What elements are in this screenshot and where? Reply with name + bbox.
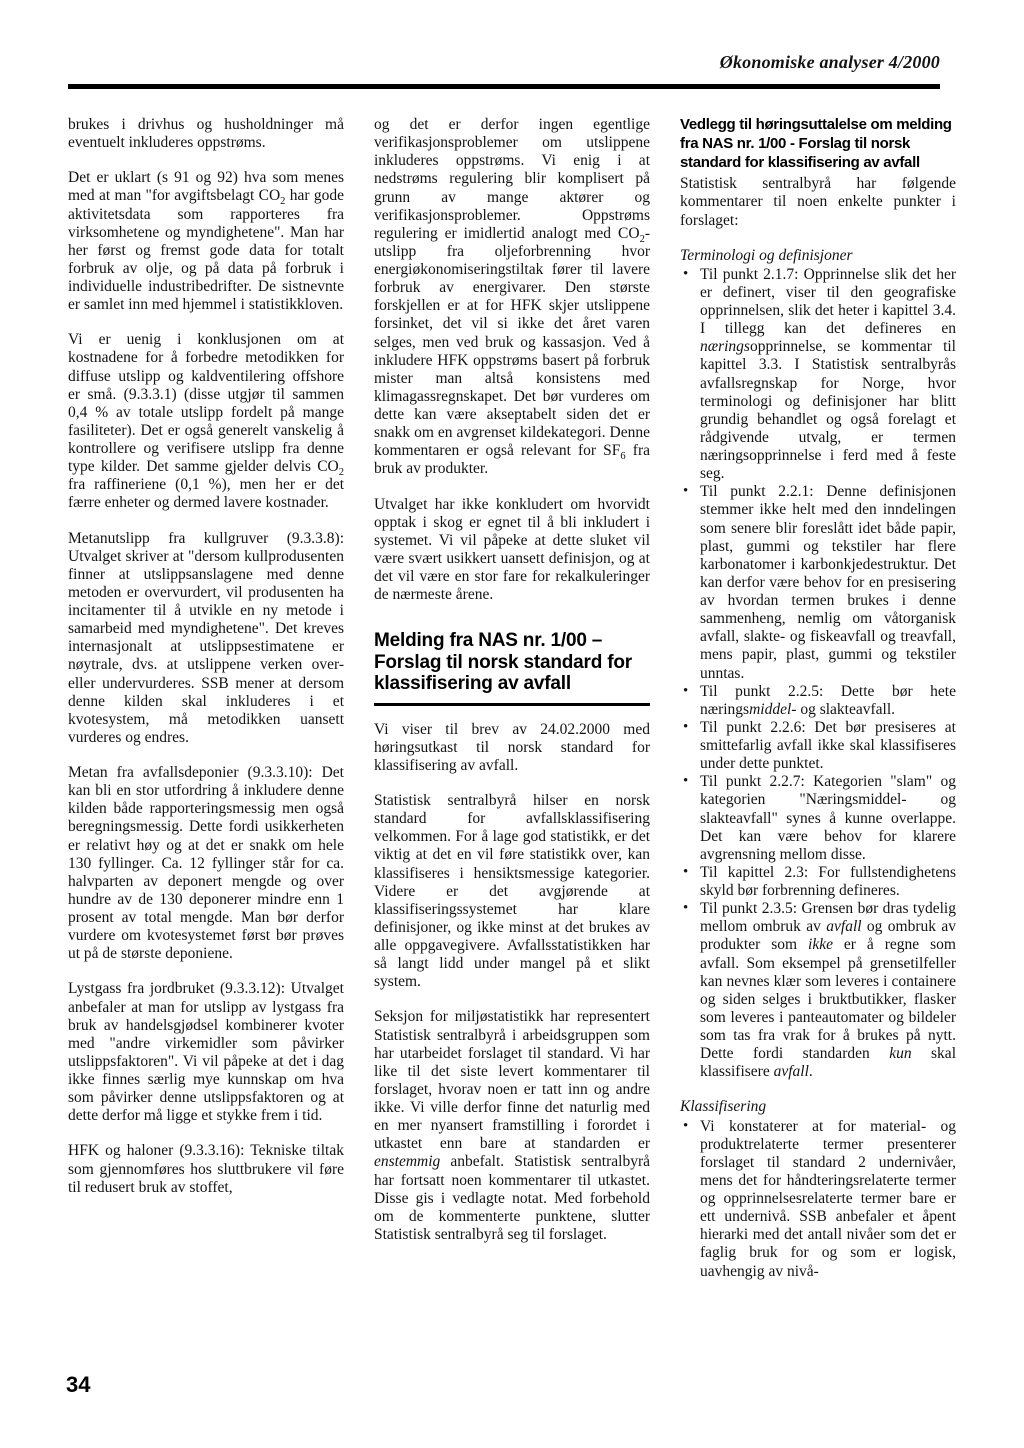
bullet-item: Til kapittel 2.3: For fullstendighetens … <box>680 864 956 900</box>
bullet-item: Til punkt 2.2.5: Dette bør hete næringsm… <box>680 683 956 719</box>
subheading-klassifisering: Klassifisering <box>680 1098 956 1116</box>
section-heading-melding-fra-nas: Melding fra NAS nr. 1/00 – Forslag til n… <box>374 630 650 694</box>
bullet-item: Til punkt 2.3.5: Grensen bør dras tydeli… <box>680 900 956 1081</box>
paragraph: Metan fra avfallsdeponier (9.3.3.10): De… <box>68 764 344 963</box>
column-right: Vedlegg til høringsuttalelse om melding … <box>680 116 956 1298</box>
paragraph: Det er uklart (s 91 og 92) hva som menes… <box>68 169 344 314</box>
paragraph: Vi viser til brev av 24.02.2000 med høri… <box>374 721 650 775</box>
paragraph: HFK og haloner (9.3.3.16): Tekniske tilt… <box>68 1142 344 1196</box>
heading-rule <box>374 703 650 706</box>
bullet-item: Til punkt 2.2.1: Denne definisjonen stem… <box>680 483 956 682</box>
page-number: 34 <box>66 1372 90 1398</box>
paragraph: Seksjon for miljøstatistikk har represen… <box>374 1008 650 1244</box>
bullet-item: Til punkt 2.2.7: Kategorien "slam" og ka… <box>680 773 956 864</box>
paragraph: Vi er uenig i konklusjonen om at kostnad… <box>68 331 344 512</box>
paragraph: Lystgass fra jordbruket (9.3.3.12): Utva… <box>68 980 344 1125</box>
column-left: brukes i drivhus og husholdninger må eve… <box>68 116 344 1298</box>
appendix-heading: Vedlegg til høringsuttalelse om melding … <box>680 116 956 172</box>
paragraph: brukes i drivhus og husholdninger må eve… <box>68 116 344 152</box>
document-page: Økonomiske analyser 4/2000 brukes i driv… <box>0 0 1024 1448</box>
bullet-item: Vi konstaterer at for material- og produ… <box>680 1118 956 1281</box>
content-columns: brukes i drivhus og husholdninger må eve… <box>68 116 956 1298</box>
bullet-item: Til punkt 2.2.6: Det bør presiseres at s… <box>680 719 956 773</box>
paragraph: Utvalget har ikke konkludert om hvorvidt… <box>374 496 650 605</box>
paragraph: Statistisk sentralbyrå hilser en norsk s… <box>374 792 650 991</box>
header-rule <box>68 84 940 89</box>
bullet-list-klassifisering: Vi konstaterer at for material- og produ… <box>680 1118 956 1281</box>
bullet-item: Til punkt 2.1.7: Opprinnelse slik det he… <box>680 266 956 484</box>
paragraph: Statistisk sentralbyrå har følgende komm… <box>680 175 956 229</box>
subheading-terminologi: Terminologi og definisjoner <box>680 247 956 265</box>
bullet-list-terminologi: Til punkt 2.1.7: Opprinnelse slik det he… <box>680 266 956 1082</box>
column-middle: og det er derfor ingen egentlige verifik… <box>374 116 650 1298</box>
paragraph: og det er derfor ingen egentlige verifik… <box>374 116 650 479</box>
paragraph: Metanutslipp fra kullgruver (9.3.3.8): U… <box>68 530 344 748</box>
journal-title: Økonomiske analyser 4/2000 <box>68 52 940 73</box>
